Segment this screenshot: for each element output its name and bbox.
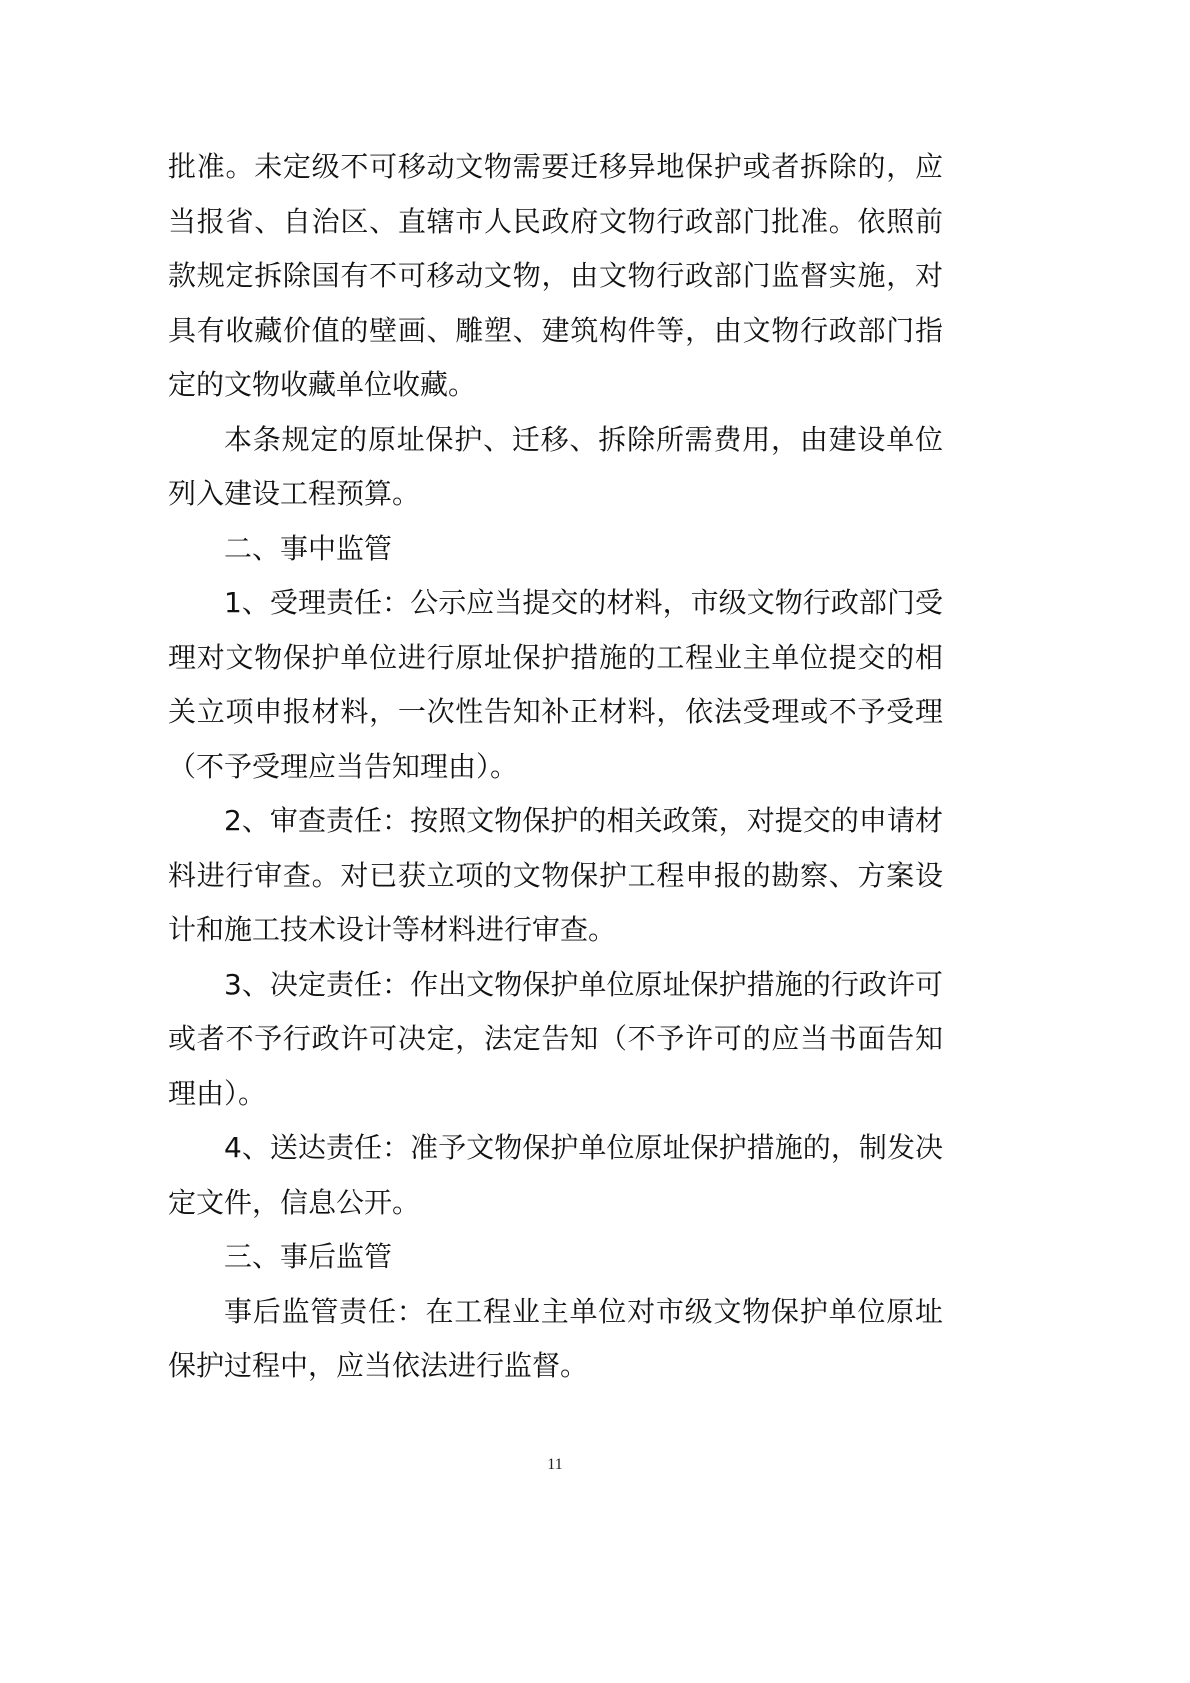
document-page: 批准。未定级不可移动文物需要迁移异地保护或者拆除的，应当报省、自治区、直辖市人民… (168, 140, 943, 1394)
section-heading-in-process-supervision: 二、事中监管 (168, 522, 943, 577)
section-heading-post-supervision: 三、事后监管 (168, 1230, 943, 1285)
paragraph-review-responsibility: 2、审查责任：按照文物保护的相关政策，对提交的申请材料进行审查。对已获立项的文物… (168, 794, 943, 958)
paragraph-cost-budget: 本条规定的原址保护、迁移、拆除所需费用，由建设单位列入建设工程预算。 (168, 413, 943, 522)
paragraph-delivery-responsibility: 4、送达责任：准予文物保护单位原址保护措施的，制发决定文件，信息公开。 (168, 1121, 943, 1230)
paragraph-acceptance-responsibility: 1、受理责任：公示应当提交的材料，市级文物行政部门受理对文物保护单位进行原址保护… (168, 576, 943, 794)
paragraph-post-supervision-responsibility: 事后监管责任：在工程业主单位对市级文物保护单位原址保护过程中，应当依法进行监督。 (168, 1285, 943, 1394)
paragraph-decision-responsibility: 3、决定责任：作出文物保护单位原址保护措施的行政许可或者不予行政许可决定，法定告… (168, 958, 943, 1122)
page-number: 11 (0, 1456, 1110, 1474)
paragraph-relocation-approval: 批准。未定级不可移动文物需要迁移异地保护或者拆除的，应当报省、自治区、直辖市人民… (168, 140, 943, 413)
